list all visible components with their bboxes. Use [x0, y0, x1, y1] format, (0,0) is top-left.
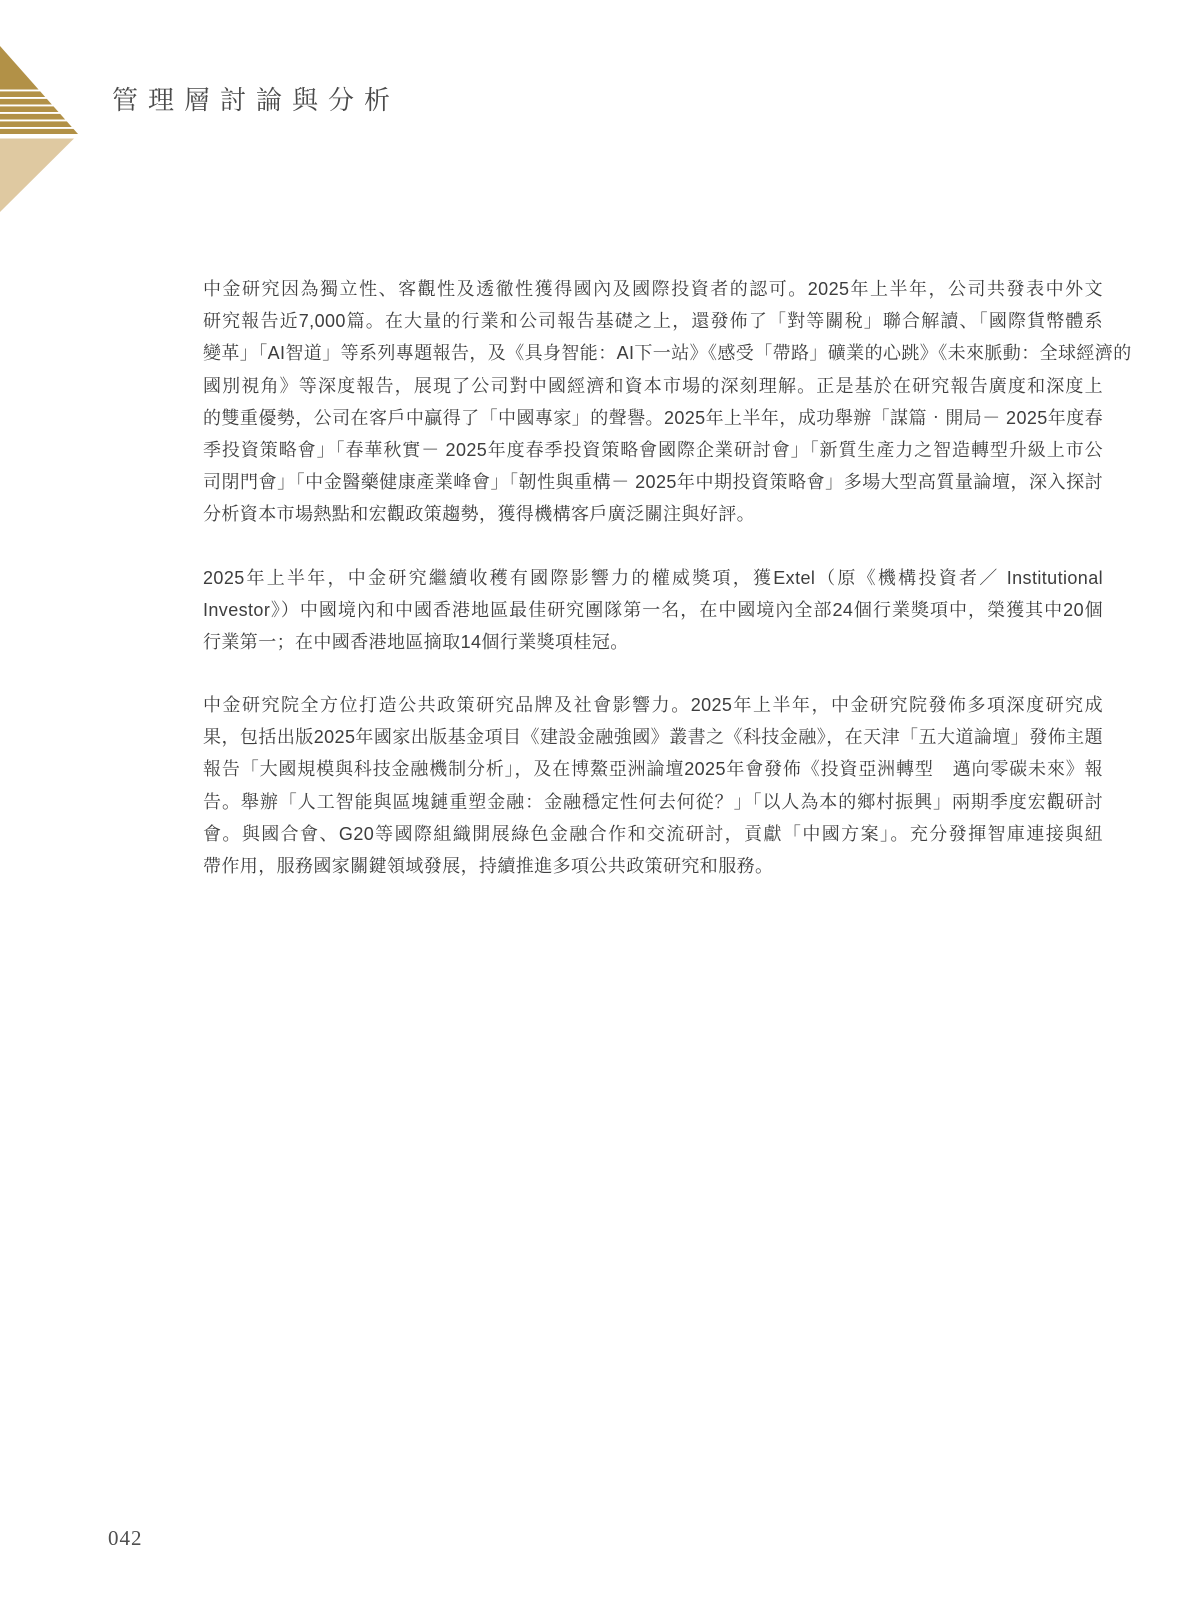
text-line: 報告「大國規模與科技金融機制分析」，及在博鰲亞洲論壇2025年會發佈《投資亞洲轉…: [203, 753, 1103, 785]
text-line: 中金研究院全方位打造公共政策研究品牌及社會影響力。2025年上半年，中金研究院發…: [203, 689, 1103, 721]
text-line: 國別視角》等深度報告，展現了公司對中國經濟和資本市場的深刻理解。正是基於在研究報…: [203, 370, 1103, 402]
text-line: Investor》）中國境內和中國香港地區最佳研究團隊第一名，在中國境內全部24…: [203, 594, 1103, 626]
text-line: 分析資本市場熱點和宏觀政策趨勢，獲得機構客戶廣泛關注與好評。: [203, 498, 1103, 530]
text-line: 變革」「AI智道」等系列專題報告，及《具身智能：AI下一站》《感受「帶路」礦業的…: [203, 337, 1103, 369]
page-number: 042: [108, 1526, 143, 1551]
paragraph: 中金研究因為獨立性、客觀性及透徹性獲得國內及國際投資者的認可。2025年上半年，…: [203, 273, 1103, 531]
text-line: 司閉門會」「中金醫藥健康產業峰會」「韌性與重構－ 2025年中期投資策略會」多場…: [203, 466, 1103, 498]
paragraph: 2025年上半年，中金研究繼續收穫有國際影響力的權威獎項，獲Extel（原《機構…: [203, 562, 1103, 659]
brand-triangle-icon: [0, 46, 80, 218]
text-line: 的雙重優勢，公司在客戶中贏得了「中國專家」的聲譽。2025年上半年，成功舉辦「謀…: [203, 402, 1103, 434]
text-line: 果，包括出版2025年國家出版基金項目《建設金融強國》叢書之《科技金融》，在天津…: [203, 721, 1103, 753]
text-line: 研究報告近7,000篇。在大量的行業和公司報告基礎之上，還發佈了「對等關稅」聯合…: [203, 305, 1103, 337]
text-line: 季投資策略會」「春華秋實－ 2025年度春季投資策略會國際企業研討會」「新質生產…: [203, 434, 1103, 466]
text-line: 會。與國合會、G20等國際組織開展綠色金融合作和交流研討，貢獻「中國方案」。充分…: [203, 818, 1103, 850]
body-text: 中金研究因為獨立性、客觀性及透徹性獲得國內及國際投資者的認可。2025年上半年，…: [203, 273, 1103, 913]
text-line: 中金研究因為獨立性、客觀性及透徹性獲得國內及國際投資者的認可。2025年上半年，…: [203, 273, 1103, 305]
report-page: 管理層討論與分析 中金研究因為獨立性、客觀性及透徹性獲得國內及國際投資者的認可。…: [0, 0, 1190, 1615]
section-title: 管理層討論與分析: [112, 80, 400, 117]
text-line: 2025年上半年，中金研究繼續收穫有國際影響力的權威獎項，獲Extel（原《機構…: [203, 562, 1103, 594]
text-line: 行業第一；在中國香港地區摘取14個行業獎項桂冠。: [203, 626, 1103, 658]
paragraph: 中金研究院全方位打造公共政策研究品牌及社會影響力。2025年上半年，中金研究院發…: [203, 689, 1103, 882]
text-line: 告。舉辦「人工智能與區塊鏈重塑金融：金融穩定性何去何從？」「以人為本的鄉村振興」…: [203, 786, 1103, 818]
text-line: 帶作用，服務國家關鍵領域發展，持續推進多項公共政策研究和服務。: [203, 850, 1103, 882]
